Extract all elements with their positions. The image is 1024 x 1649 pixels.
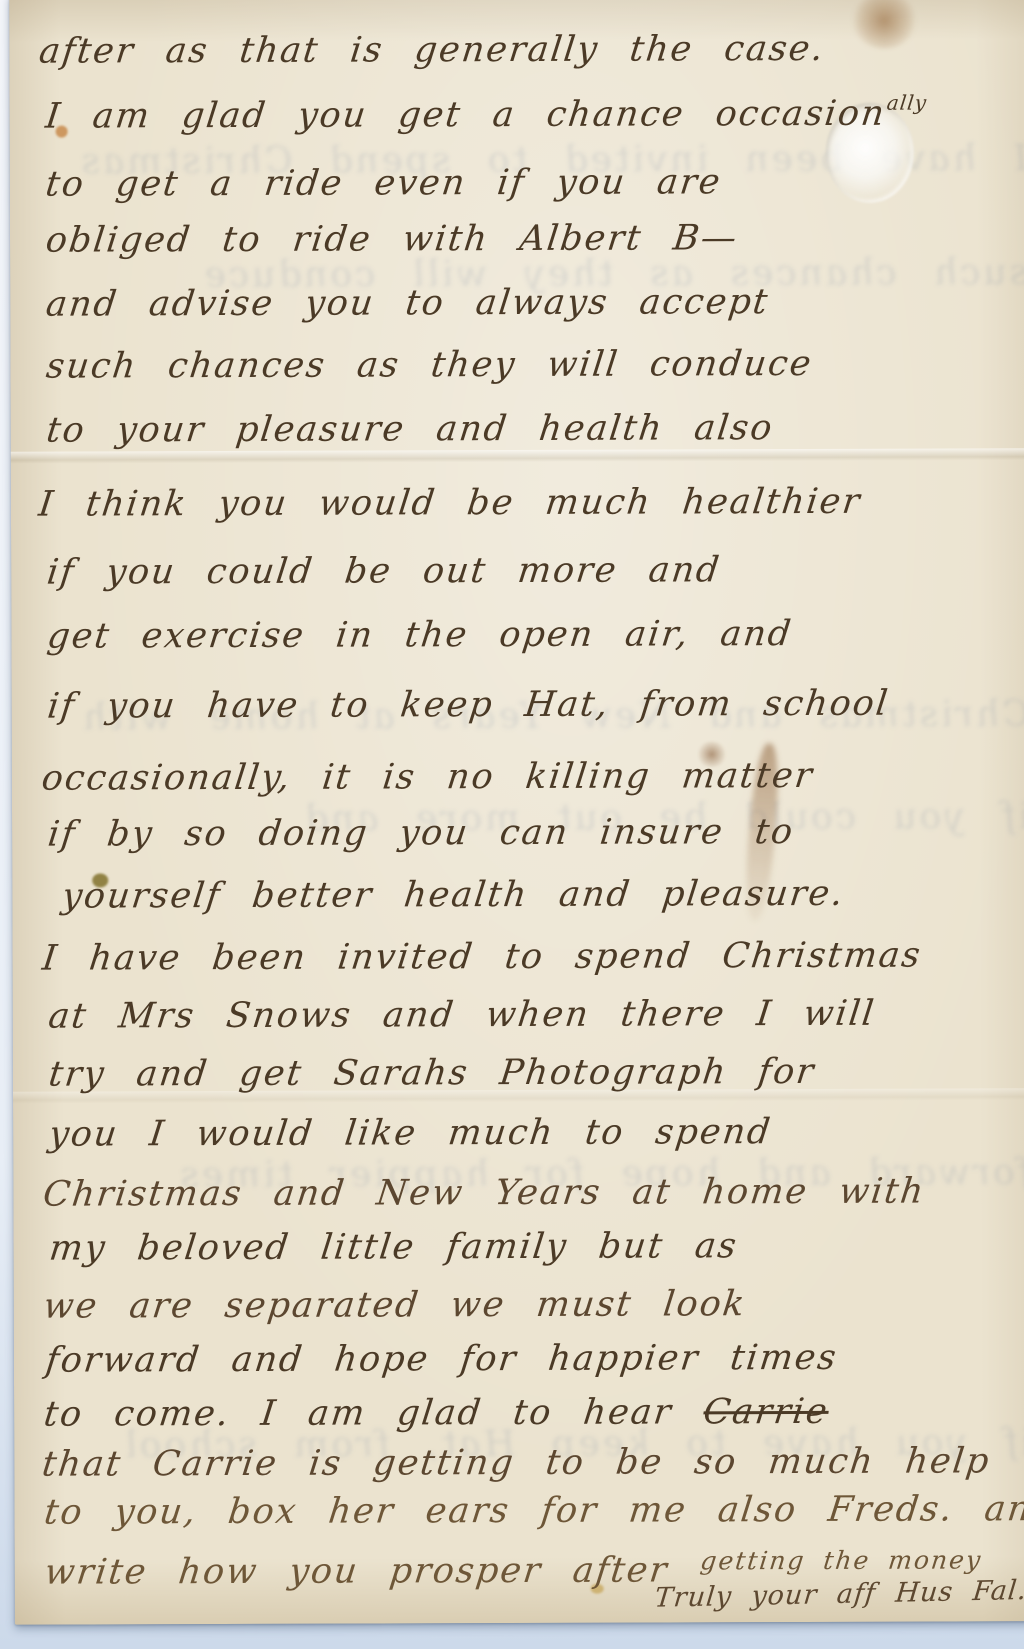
- letter-line: to your pleasure and health also: [47, 405, 774, 454]
- letter-line: if you could be out more and: [47, 547, 721, 595]
- superscript-word-ending: ally: [886, 91, 929, 115]
- letter-line: I am glad you get a chance occasionally: [46, 91, 926, 144]
- letter-line: forward and hope for happier times: [46, 1335, 838, 1384]
- letter-line: at Mrs Snows and when there I will: [49, 991, 876, 1040]
- letter-line: after as that is generally the case.: [39, 26, 824, 75]
- letter-line: if by so doing you can insure to: [48, 809, 794, 858]
- letter-line: my beloved little family but as: [49, 1223, 737, 1271]
- letter-line: try and get Sarahs Photograph for: [49, 1049, 815, 1098]
- letter-line: that Carrie is getting to be so much hel…: [42, 1438, 990, 1487]
- letter-line: to you, box her ears for me also Freds. …: [44, 1486, 1024, 1536]
- ink-stain: [851, 0, 917, 49]
- letter-line: obliged to ride with Albert B—: [46, 215, 738, 263]
- letter-line: I think you would be much healthier: [39, 479, 861, 528]
- letter-page: I have been invited to spend Christmas s…: [9, 0, 1024, 1625]
- letter-line: you I would like much to spend: [49, 1109, 772, 1158]
- letter-line: if you have to keep Hat, from school: [48, 681, 890, 730]
- letter-line: I have been invited to spend Christmas: [42, 933, 921, 982]
- letter-line: yourself better health and pleasure.: [62, 871, 844, 920]
- raised-line-ending: getting the money: [699, 1545, 984, 1575]
- struck-out-word: Carrie: [701, 1392, 831, 1432]
- letter-line: and advise you to always accept: [46, 279, 769, 328]
- letter-line: such chances as they will conduce: [46, 341, 812, 390]
- letter-line: to come. I am glad to hear Carrie: [44, 1389, 829, 1438]
- letter-line: get exercise in the open air, and: [47, 611, 792, 660]
- letter-line: to get a ride even if you are: [46, 159, 722, 207]
- letter-line: we are separated we must look: [44, 1281, 746, 1329]
- letter-line: Christmas and New Years at home with: [43, 1169, 925, 1218]
- letter-line: occasionally, it is no killing matter: [42, 753, 814, 802]
- signature-line: Truly your aff Hus Fal.: [653, 1575, 1024, 1614]
